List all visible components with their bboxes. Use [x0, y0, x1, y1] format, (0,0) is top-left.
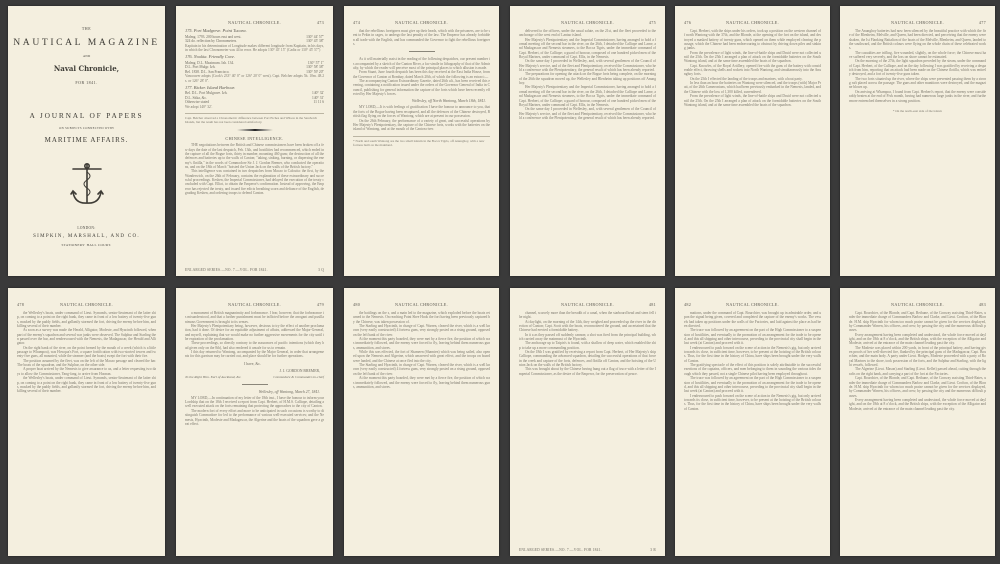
divider: [409, 51, 435, 52]
body-text: mations, under the command of Capt. Bour…: [684, 311, 821, 411]
running-head: NAUTICAL CHRONICLE. 483: [849, 302, 986, 307]
running-head: 480 NAUTICAL CHRONICLE.: [353, 302, 490, 307]
body-text: Capt. Herbert, with the ships under his …: [684, 29, 821, 107]
closing-rank: Commodore & Commander-in-chief: [273, 375, 324, 379]
letter-dateline: Wellesley, off North Wantong, March 18th…: [353, 99, 486, 103]
closing-signature: J. J. GORDON BREMER,: [185, 369, 320, 373]
footnote: * North and south Wantong are the two sm…: [353, 136, 490, 147]
running-head: 476 NAUTICAL CHRONICLE.: [684, 20, 821, 25]
chronicle-title: Naval Chronicle,: [8, 64, 165, 73]
page-479: NAUTICAL CHRONICLE. 479 a monument of Br…: [176, 288, 333, 556]
body-text: delivered to the officers, under the usu…: [519, 29, 656, 120]
ornament-divider: [237, 129, 273, 131]
book-spread-grid: THE NAUTICAL MAGAZINE AND Naval Chronicl…: [0, 0, 1000, 564]
anchor-icon: [67, 162, 107, 208]
body-text: the Wellesley's boats, under command of …: [17, 311, 156, 394]
title-year: FOR 1841.: [8, 80, 165, 85]
running-head: NAUTICAL CHRONICLE. 479: [185, 302, 324, 307]
page-number: 474: [353, 20, 367, 25]
running-head: 482 NAUTICAL CHRONICLE.: [684, 302, 821, 307]
running-head: 478 NAUTICAL CHRONICLE.: [17, 302, 156, 307]
magazine-title: NAUTICAL MAGAZINE: [8, 37, 165, 48]
letter-text: MY LORD,—It is with feelings of gratific…: [353, 105, 490, 131]
page-number: 480: [353, 302, 367, 307]
title-page: THE NAUTICAL MAGAZINE AND Naval Chronicl…: [8, 6, 165, 276]
page-477: NAUTICAL CHRONICLE. 477 The Anunghoy bat…: [840, 6, 995, 276]
running-head: NAUTICAL CHRONICLE. 477: [849, 20, 986, 25]
page-478: 478 NAUTICAL CHRONICLE. the Wellesley's …: [8, 288, 165, 556]
page-481: NAUTICAL CHRONICLE. 481 channel, scarcel…: [510, 288, 665, 556]
publisher-city: LONDON:: [8, 226, 165, 230]
body-text: channel, scarcely more than the breadth …: [519, 311, 656, 376]
body-text: a monument of British magnanimity and fo…: [185, 311, 324, 359]
title-and: AND: [8, 54, 165, 58]
page-482: 482 NAUTICAL CHRONICLE. mations, under t…: [675, 288, 830, 556]
page-number: 479: [310, 302, 324, 307]
page-number: 478: [17, 302, 31, 307]
letter-dateline: Wellesley, off Wantong, March 27, 1841.: [185, 390, 320, 394]
running-head: NAUTICAL CHRONICLE. 475: [519, 20, 656, 25]
section-heading: CHINESE INTELLIGENCE.: [185, 136, 324, 141]
divider: [242, 384, 268, 385]
page-number: 475: [642, 20, 656, 25]
page-473: NAUTICAL CHRONICLE. 473 175. Port Madgre…: [176, 6, 333, 276]
page-number: 473: [310, 20, 324, 25]
page-footer: ENLARGED SERIES.—NO. 7.—VOL. FOR 1841.3 …: [185, 268, 324, 272]
page-number: 483: [972, 302, 986, 307]
page-474: 474 NAUTICAL CHRONICLE. that the rebelli…: [344, 6, 499, 276]
page-number: 476: [684, 20, 698, 25]
closing-salutation: I have, &c.: [185, 362, 320, 366]
running-head: NAUTICAL CHRONICLE. 473: [185, 20, 324, 25]
page-480: 480 NAUTICAL CHRONICLE. the battlings on…: [344, 288, 499, 556]
addressee: To the Right Hon. Earl of Auckland, &c.: [185, 375, 241, 379]
page-number: 477: [972, 20, 986, 25]
running-head: NAUTICAL CHRONICLE. 481: [519, 302, 656, 307]
page-number: 482: [684, 302, 698, 307]
publisher-address: STATIONERS' HALL COURT.: [8, 243, 165, 247]
body-text: As it will materially assist in the read…: [353, 57, 490, 96]
body-text: THE negotiations between the British and…: [185, 143, 324, 195]
letter-text: MY LORD,—In continuation of my letter of…: [185, 396, 324, 426]
footnote: * On the north-east side of the island.: [849, 107, 986, 113]
publisher-name: SIMPKIN, MARSHALL, AND CO.: [8, 234, 165, 239]
page-475: NAUTICAL CHRONICLE. 475 delivered to the…: [510, 6, 665, 276]
page-footer: ENLARGED SERIES.—NO. 7.—VOL. FOR 1841.3 …: [519, 548, 656, 552]
running-head: 474 NAUTICAL CHRONICLE.: [353, 20, 490, 25]
page-476: 476 NAUTICAL CHRONICLE. Capt. Herbert, w…: [675, 6, 830, 276]
body-text: Capt. Bourchier, of the Blonde, and Capt…: [849, 311, 986, 411]
body-text: The Anunghoy batteries had now been sile…: [849, 29, 986, 103]
body-text: that the rebellious foreigners must give…: [353, 29, 490, 46]
page-483: NAUTICAL CHRONICLE. 483 Capt. Bourchier,…: [840, 288, 995, 556]
longitude-table: 175. Port Madgreve. Point Tucara. Malmg.…: [185, 29, 324, 109]
journal-subtitle: ON SUBJECTS CONNECTED WITH: [8, 126, 165, 130]
body-text: the battlings on the s, and a main led t…: [353, 311, 490, 389]
footnote: Capt. Belcher observed a Chronometric di…: [185, 113, 324, 124]
page-number: 481: [642, 302, 656, 307]
title-the: THE: [8, 26, 165, 31]
maritime-heading: MARITIME AFFAIRS.: [8, 136, 165, 144]
journal-heading: A JOURNAL OF PAPERS: [8, 111, 165, 120]
